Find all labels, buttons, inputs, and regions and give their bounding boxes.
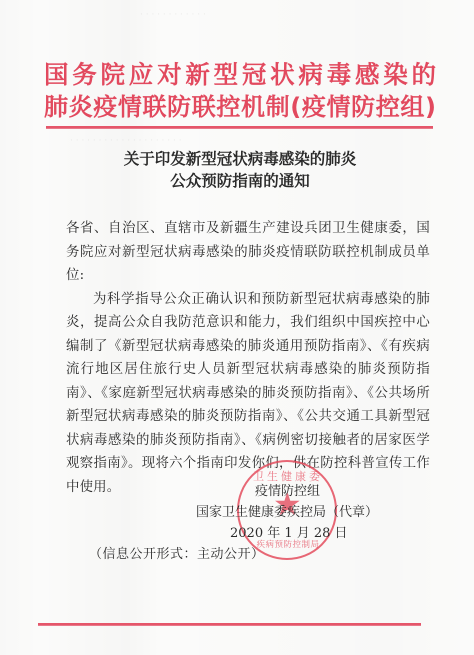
signature-group: 疫情防控组 bbox=[255, 482, 320, 502]
document-page: · · · · · · · · · · · · · · · · · · · · … bbox=[0, 0, 474, 655]
signature-date: 2020 年 1 月 28 日 bbox=[230, 524, 348, 544]
footer-red-divider bbox=[38, 623, 421, 626]
disclosure-note: （信息公开形式：主动公开） bbox=[89, 545, 265, 565]
signature-organization: 国家卫生健康委疾控局（代章） bbox=[196, 503, 378, 523]
document-title-line-1: 关于印发新型冠状病毒感染的肺炎 bbox=[100, 148, 380, 170]
body-paragraph: 为科学指导公众正确认识和预防新型冠状病毒感染的肺炎，提高公众自我防范意识和能力，… bbox=[66, 288, 430, 500]
salutation: 各省、自治区、直辖市及新疆生产建设兵团卫生健康委，国务院应对新型冠状病毒感染的肺… bbox=[66, 217, 430, 288]
document-title: 关于印发新型冠状病毒感染的肺炎 公众预防指南的通知 bbox=[100, 148, 380, 192]
issuer-header-line-1: 国务院应对新型冠状病毒感染的 bbox=[44, 60, 436, 90]
document-body: 各省、自治区、直辖市及新疆生产建设兵团卫生健康委，国务院应对新型冠状病毒感染的肺… bbox=[66, 217, 430, 499]
document-title-line-2: 公众预防指南的通知 bbox=[100, 170, 380, 192]
bleed-through-text: · · · · · · · · · · · · bbox=[140, 10, 206, 20]
issuer-header-line-2: 肺炎疫情联防联控机制(疫情防控组) bbox=[44, 92, 436, 122]
header-red-divider bbox=[46, 126, 433, 129]
bleed-through-text: · · · · · · · · · · · · · · · · · · · · bbox=[70, 136, 182, 146]
